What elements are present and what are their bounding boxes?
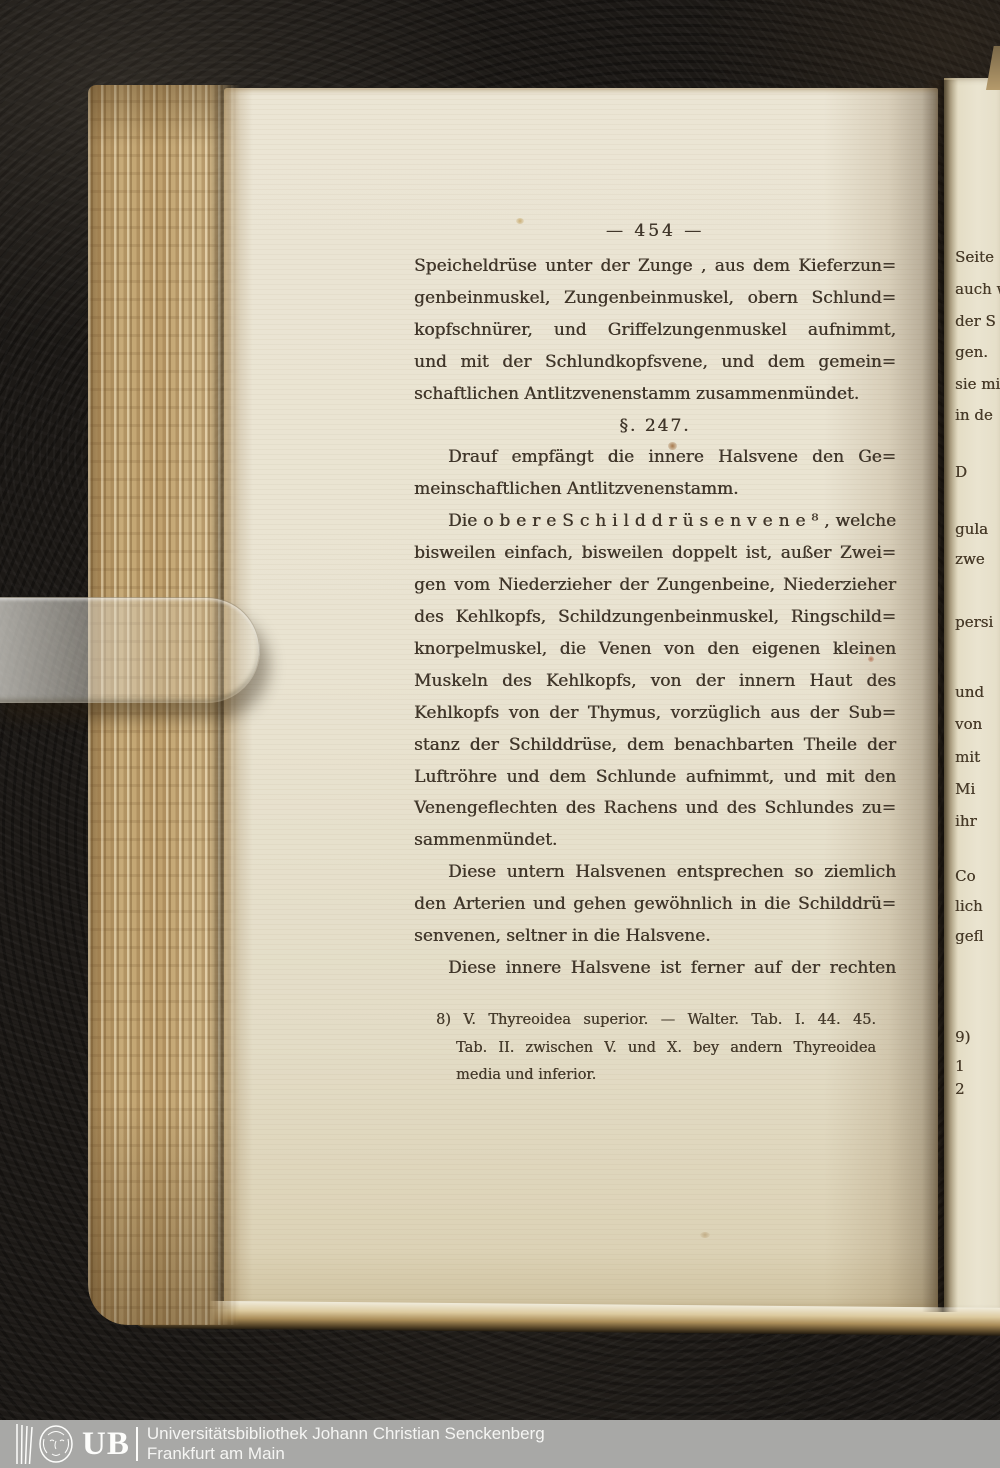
page-number: — 454 — (414, 221, 896, 241)
ub-logo-text: UB (82, 1428, 130, 1461)
opposite-page-text-fragment: Co (955, 867, 976, 885)
library-name: Universitätsbibliothek Johann Christian … (147, 1424, 545, 1465)
opposite-page-text-fragment: lich (955, 897, 983, 915)
text-line: Venengeflechten des Rachens und des Schl… (414, 793, 896, 825)
text-line: Diese innere Halsvene ist ferner auf der… (414, 953, 896, 985)
library-name-line1: Universitätsbibliothek Johann Christian … (147, 1424, 545, 1445)
opposite-page-text-fragment: zwe (955, 550, 985, 568)
text-line: schaftlichen Antlitzvenenstamm zusammenm… (414, 379, 896, 411)
text-line: und mit der Schlundkopfsvene, und dem ge… (414, 347, 896, 379)
opposite-page-text-fragment: auch w (955, 280, 1000, 298)
opposite-page-text-fragment: mit (955, 748, 980, 766)
text-line: Speicheldrüse unter der Zunge , aus dem … (414, 251, 896, 283)
opposite-page-text-fragment: von (955, 715, 982, 733)
opposite-page-text-fragment: persi (955, 613, 993, 631)
text-line: Luftröhre und dem Schlunde aufnimmt, und… (414, 762, 896, 794)
text-line: Muskeln des Kehlkopfs, von der innern Ha… (414, 666, 896, 698)
text-line: genbeinmuskel, Zungenbeinmuskel, obern S… (414, 283, 896, 315)
senckenberg-portrait-icon (14, 1423, 86, 1465)
opposite-page-text-fragment: in de (955, 406, 993, 424)
opposite-page-text-fragment: der S (955, 312, 996, 330)
torn-page-fore-edges (88, 85, 240, 1325)
text-line: Die o b e r e S c h i l d d r ü s e n v … (414, 506, 896, 538)
footnote: 8) V. Thyreoidea superior. — Walter. Tab… (436, 1007, 876, 1090)
library-banner: UB Universitätsbibliothek Johann Christi… (0, 1420, 1000, 1468)
book-scan-stage: Seiteauch wder Sgen.sie miin deDgulazwep… (0, 0, 1000, 1468)
library-name-line2: Frankfurt am Main (147, 1444, 545, 1465)
text-line: bisweilen einfach, bisweilen doppelt ist… (414, 538, 896, 570)
footnote-line: Tab. II. zwischen V. und X. bey andern T… (436, 1035, 876, 1063)
opposite-page-text-fragment: sie mi (955, 375, 1000, 393)
text-line: senvenen, seltner in die Halsvene. (414, 921, 896, 953)
opposite-page-text-fragment: und (955, 683, 984, 701)
text-line: Drauf empfängt die innere Halsvene den G… (414, 442, 896, 474)
library-logo: UB (14, 1422, 147, 1466)
text-line: Kehlkopfs von der Thymus, vorzüglich aus… (414, 698, 896, 730)
transparent-page-holder (0, 597, 260, 703)
text-column: Speicheldrüse unter der Zunge , aus dem … (414, 251, 896, 985)
opposite-page-text-fragment: Mi (955, 780, 975, 798)
footnote-line: media und inferior. (436, 1062, 876, 1090)
foxing-spot (700, 1232, 710, 1238)
opposite-page-text-fragment: ihr (955, 812, 977, 830)
text-line: gen vom Niederzieher der Zungenbeine, Ni… (414, 570, 896, 602)
opposite-page-text-fragment: gefl (955, 927, 983, 945)
gutter-shadow (922, 80, 958, 1312)
text-line: des Kehlkopfs, Schildzungenbeinmuskel, R… (414, 602, 896, 634)
logo-divider (136, 1427, 138, 1461)
opposite-page-text-fragment: gula (955, 520, 988, 538)
opposite-page-text-fragment: Seite (955, 248, 994, 266)
text-line: meinschaftlichen Antlitzvenenstamm. (414, 474, 896, 506)
text-line: stanz der Schilddrüse, dem benachbarten … (414, 730, 896, 762)
footnote-line: 8) V. Thyreoidea superior. — Walter. Tab… (436, 1007, 876, 1035)
text-line: sammenmündet. (414, 825, 896, 857)
opposite-page-text-fragment: gen. (955, 343, 988, 361)
text-line: den Arterien und gehen gewöhnlich in die… (414, 889, 896, 921)
section-heading: §. 247. (414, 411, 896, 443)
text-line: kopfschnürer, und Griffelzungenmuskel au… (414, 315, 896, 347)
text-line: Diese untern Halsvenen entsprechen so zi… (414, 857, 896, 889)
text-line: knorpelmuskel, die Venen von den eigenen… (414, 634, 896, 666)
